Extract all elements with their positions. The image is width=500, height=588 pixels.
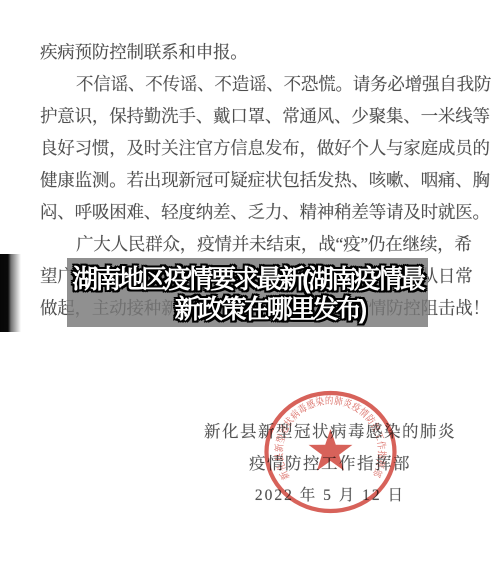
body-text-line: 良好习惯，及时关注官方信息发布，做好个人与家庭成员的 <box>40 132 480 164</box>
overlay-title-line-2: 新政策在哪里发布) <box>89 289 450 326</box>
body-text-line: 护意识，保持勤洗手、戴口罩、常通风、少聚集、一米线等 <box>40 100 480 132</box>
star-icon <box>309 429 353 471</box>
document-page: 疾病预防控制联系和申报。不信谣、不传谣、不造谣、不恐慌。请务必增强自我防护意识，… <box>0 0 500 588</box>
body-text-line: 广大人民群众，疫情并未结束，战“疫”仍在继续，希 <box>40 228 480 260</box>
body-text-line: 不信谣、不传谣、不造谣、不恐慌。请务必增强自我防 <box>40 68 480 100</box>
title-overlay: 湖南地区疫情要求最新(湖南疫情最 新政策在哪里发布) <box>67 258 428 327</box>
body-text-line: 疾病预防控制联系和申报。 <box>40 36 480 68</box>
official-stamp-seal: 新化县新型冠状病毒感染的肺炎疫情防控工作指挥部 <box>258 385 403 520</box>
body-text-line: 闷、呼吸困难、轻度纳差、乏力、精神稍差等请及时就医。 <box>40 196 480 228</box>
body-text-line: 健康监测。若出现新冠可疑症状包括发热、咳嗽、咽痛、胸 <box>40 164 480 196</box>
scan-edge-artifact <box>0 254 21 332</box>
